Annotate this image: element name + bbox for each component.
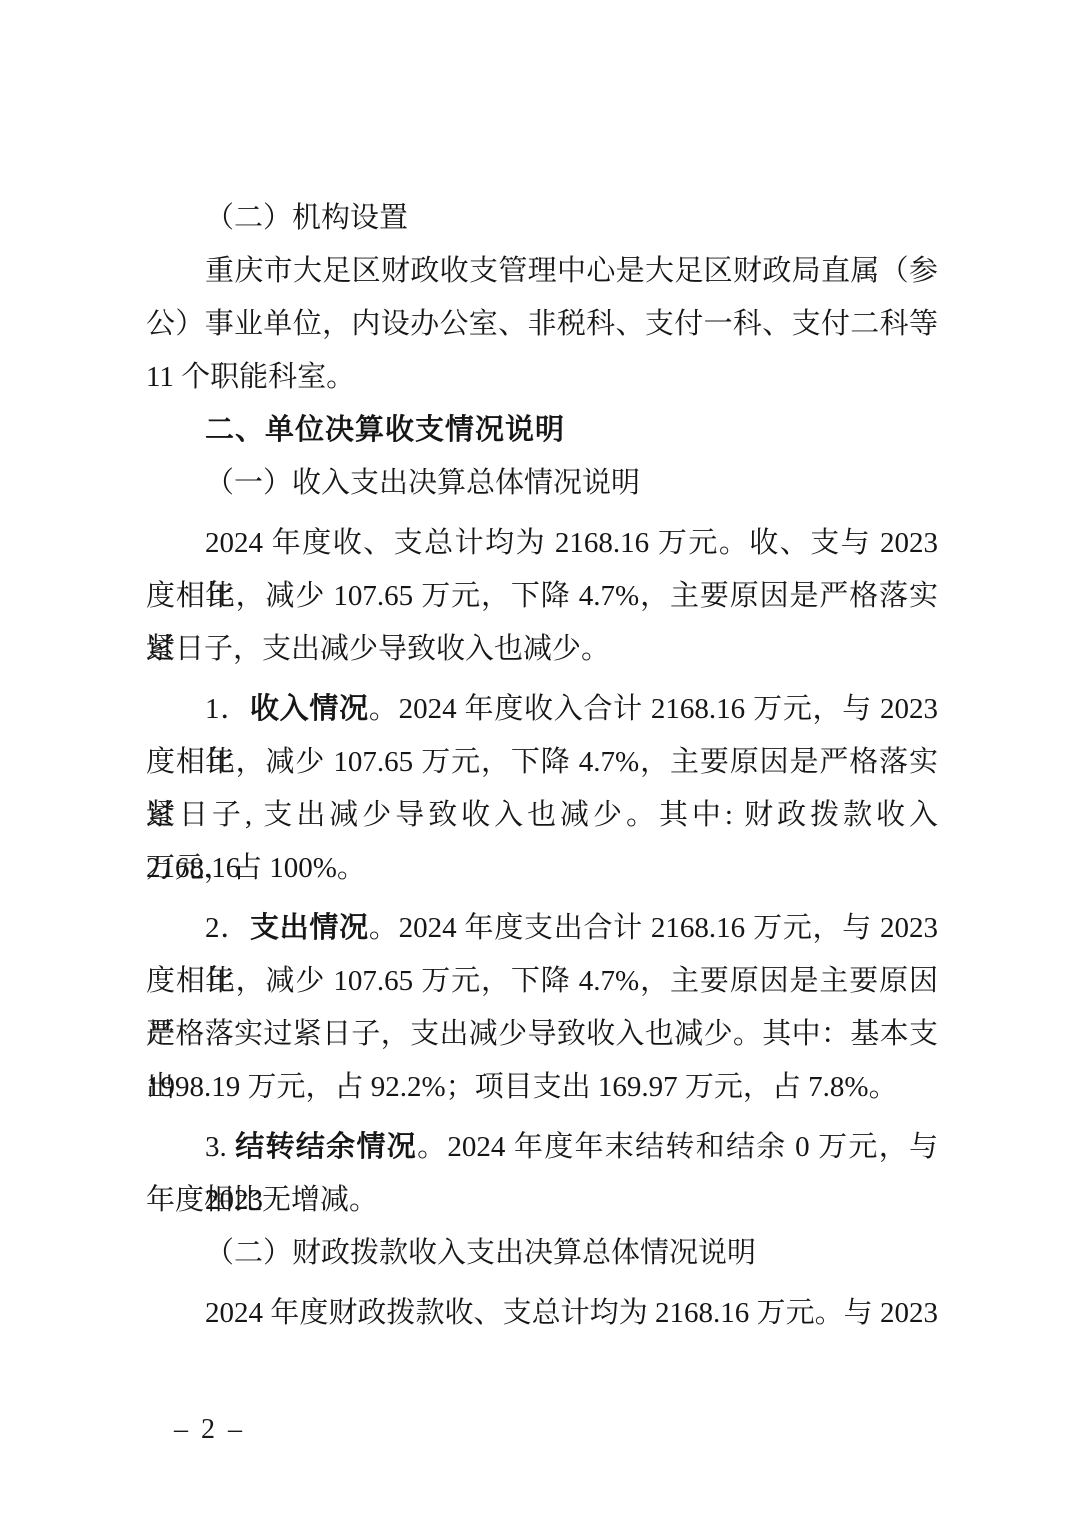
text-line: 严格落实过紧日子，支出减少导致收入也减少。其中：基本支出 (146, 1008, 938, 1061)
para-expenditure: 2．支出情况。2024 年度支出合计 2168.16 万元，与 2023 年度相… (146, 902, 938, 1114)
bold-run: 收入情况 (250, 693, 369, 725)
text-line: （二）机构设置 (146, 192, 938, 245)
text-line: 度相比，减少 107.65 万元，下降 4.7%，主要原因是主要原因是 (146, 955, 938, 1008)
text-line: 万元，占 100%。 (146, 842, 938, 895)
para-fiscal-appropriation: 2024 年度财政拨款收、支总计均为 2168.16 万元。与 2023 (146, 1287, 938, 1340)
text-run: 11 个职能科室。 (146, 361, 355, 393)
para-overall: 2024 年度收、支总计均为 2168.16 万元。收、支与 2023 年度相比… (146, 517, 938, 676)
text-run: （二）机构设置 (205, 202, 408, 234)
text-line: （二）财政拨款收入支出决算总体情况说明 (146, 1227, 938, 1280)
text-line: 2024 年度财政拨款收、支总计均为 2168.16 万元。与 2023 (146, 1287, 938, 1340)
text-line: 紧日子，支出减少导致收入也减少。 (146, 623, 938, 676)
text-line: 1998.19 万元，占 92.2%；项目支出 169.97 万元，占 7.8%… (146, 1061, 938, 1114)
text-run: 3. (205, 1131, 235, 1163)
subheading-overall: （一）收入支出决算总体情况说明 (146, 457, 938, 510)
text-line: 度相比，减少 107.65 万元，下降 4.7%，主要原因是严格落实过 (146, 736, 938, 789)
text-run: （一）收入支出决算总体情况说明 (205, 467, 640, 499)
text-line: 3. 结转结余情况。2024 年度年末结转和结余 0 万元，与 2023 (146, 1121, 938, 1174)
subheading-fiscal-appropriation: （二）财政拨款收入支出决算总体情况说明 (146, 1227, 938, 1280)
page-number: – 2 – (174, 1414, 245, 1446)
text-line: 度相比，减少 107.65 万元，下降 4.7%，主要原因是严格落实过 (146, 570, 938, 623)
text-line: 年度相比无增减。 (146, 1174, 938, 1227)
para-org-setup: 重庆市大足区财政收支管理中心是大足区财政局直属（参公）事业单位，内设办公室、非税… (146, 245, 938, 404)
heading-section-2: 二、单位决算收支情况说明 (146, 404, 938, 457)
text-run: 2． (205, 912, 250, 944)
bold-run: 二、单位决算收支情况说明 (205, 414, 565, 446)
text-run: 紧日子，支出减少导致收入也减少。 (146, 633, 610, 665)
text-run: 公）事业单位，内设办公室、非税科、支付一科、支付二科等 (146, 308, 938, 340)
text-line: 重庆市大足区财政收支管理中心是大足区财政局直属（参 (146, 245, 938, 298)
text-line: 11 个职能科室。 (146, 351, 938, 404)
text-line: 二、单位决算收支情况说明 (146, 404, 938, 457)
subheading-org-setup: （二）机构设置 (146, 192, 938, 245)
text-run: 2024 年度财政拨款收、支总计均为 2168.16 万元。与 2023 (205, 1297, 938, 1329)
text-line: 公）事业单位，内设办公室、非税科、支付一科、支付二科等 (146, 298, 938, 351)
text-line: 1．收入情况。2024 年度收入合计 2168.16 万元，与 2023 年 (146, 683, 938, 736)
bold-run: 支出情况 (250, 912, 369, 944)
document-page: （二）机构设置重庆市大足区财政收支管理中心是大足区财政局直属（参公）事业单位，内… (0, 0, 1075, 1520)
bold-run: 结转结余情况 (235, 1131, 417, 1163)
text-run: （二）财政拨款收入支出决算总体情况说明 (205, 1237, 756, 1269)
text-run: 年度相比无增减。 (146, 1184, 378, 1216)
text-line: 2024 年度收、支总计均为 2168.16 万元。收、支与 2023 年 (146, 517, 938, 570)
text-run: 1998.19 万元，占 92.2%；项目支出 169.97 万元，占 7.8%… (146, 1071, 898, 1103)
text-run: 1． (205, 693, 250, 725)
text-run: 重庆市大足区财政收支管理中心是大足区财政局直属（参 (205, 255, 938, 287)
text-line: 紧日子, 支出减少导致收入也减少。其中: 财政拨款收入 2168.16 (146, 789, 938, 842)
para-income: 1．收入情况。2024 年度收入合计 2168.16 万元，与 2023 年度相… (146, 683, 938, 895)
text-run: 万元，占 100%。 (146, 852, 366, 884)
para-carryover: 3. 结转结余情况。2024 年度年末结转和结余 0 万元，与 2023年度相比… (146, 1121, 938, 1227)
document-body: （二）机构设置重庆市大足区财政收支管理中心是大足区财政局直属（参公）事业单位，内… (146, 192, 938, 1340)
text-line: 2．支出情况。2024 年度支出合计 2168.16 万元，与 2023 年 (146, 902, 938, 955)
text-line: （一）收入支出决算总体情况说明 (146, 457, 938, 510)
